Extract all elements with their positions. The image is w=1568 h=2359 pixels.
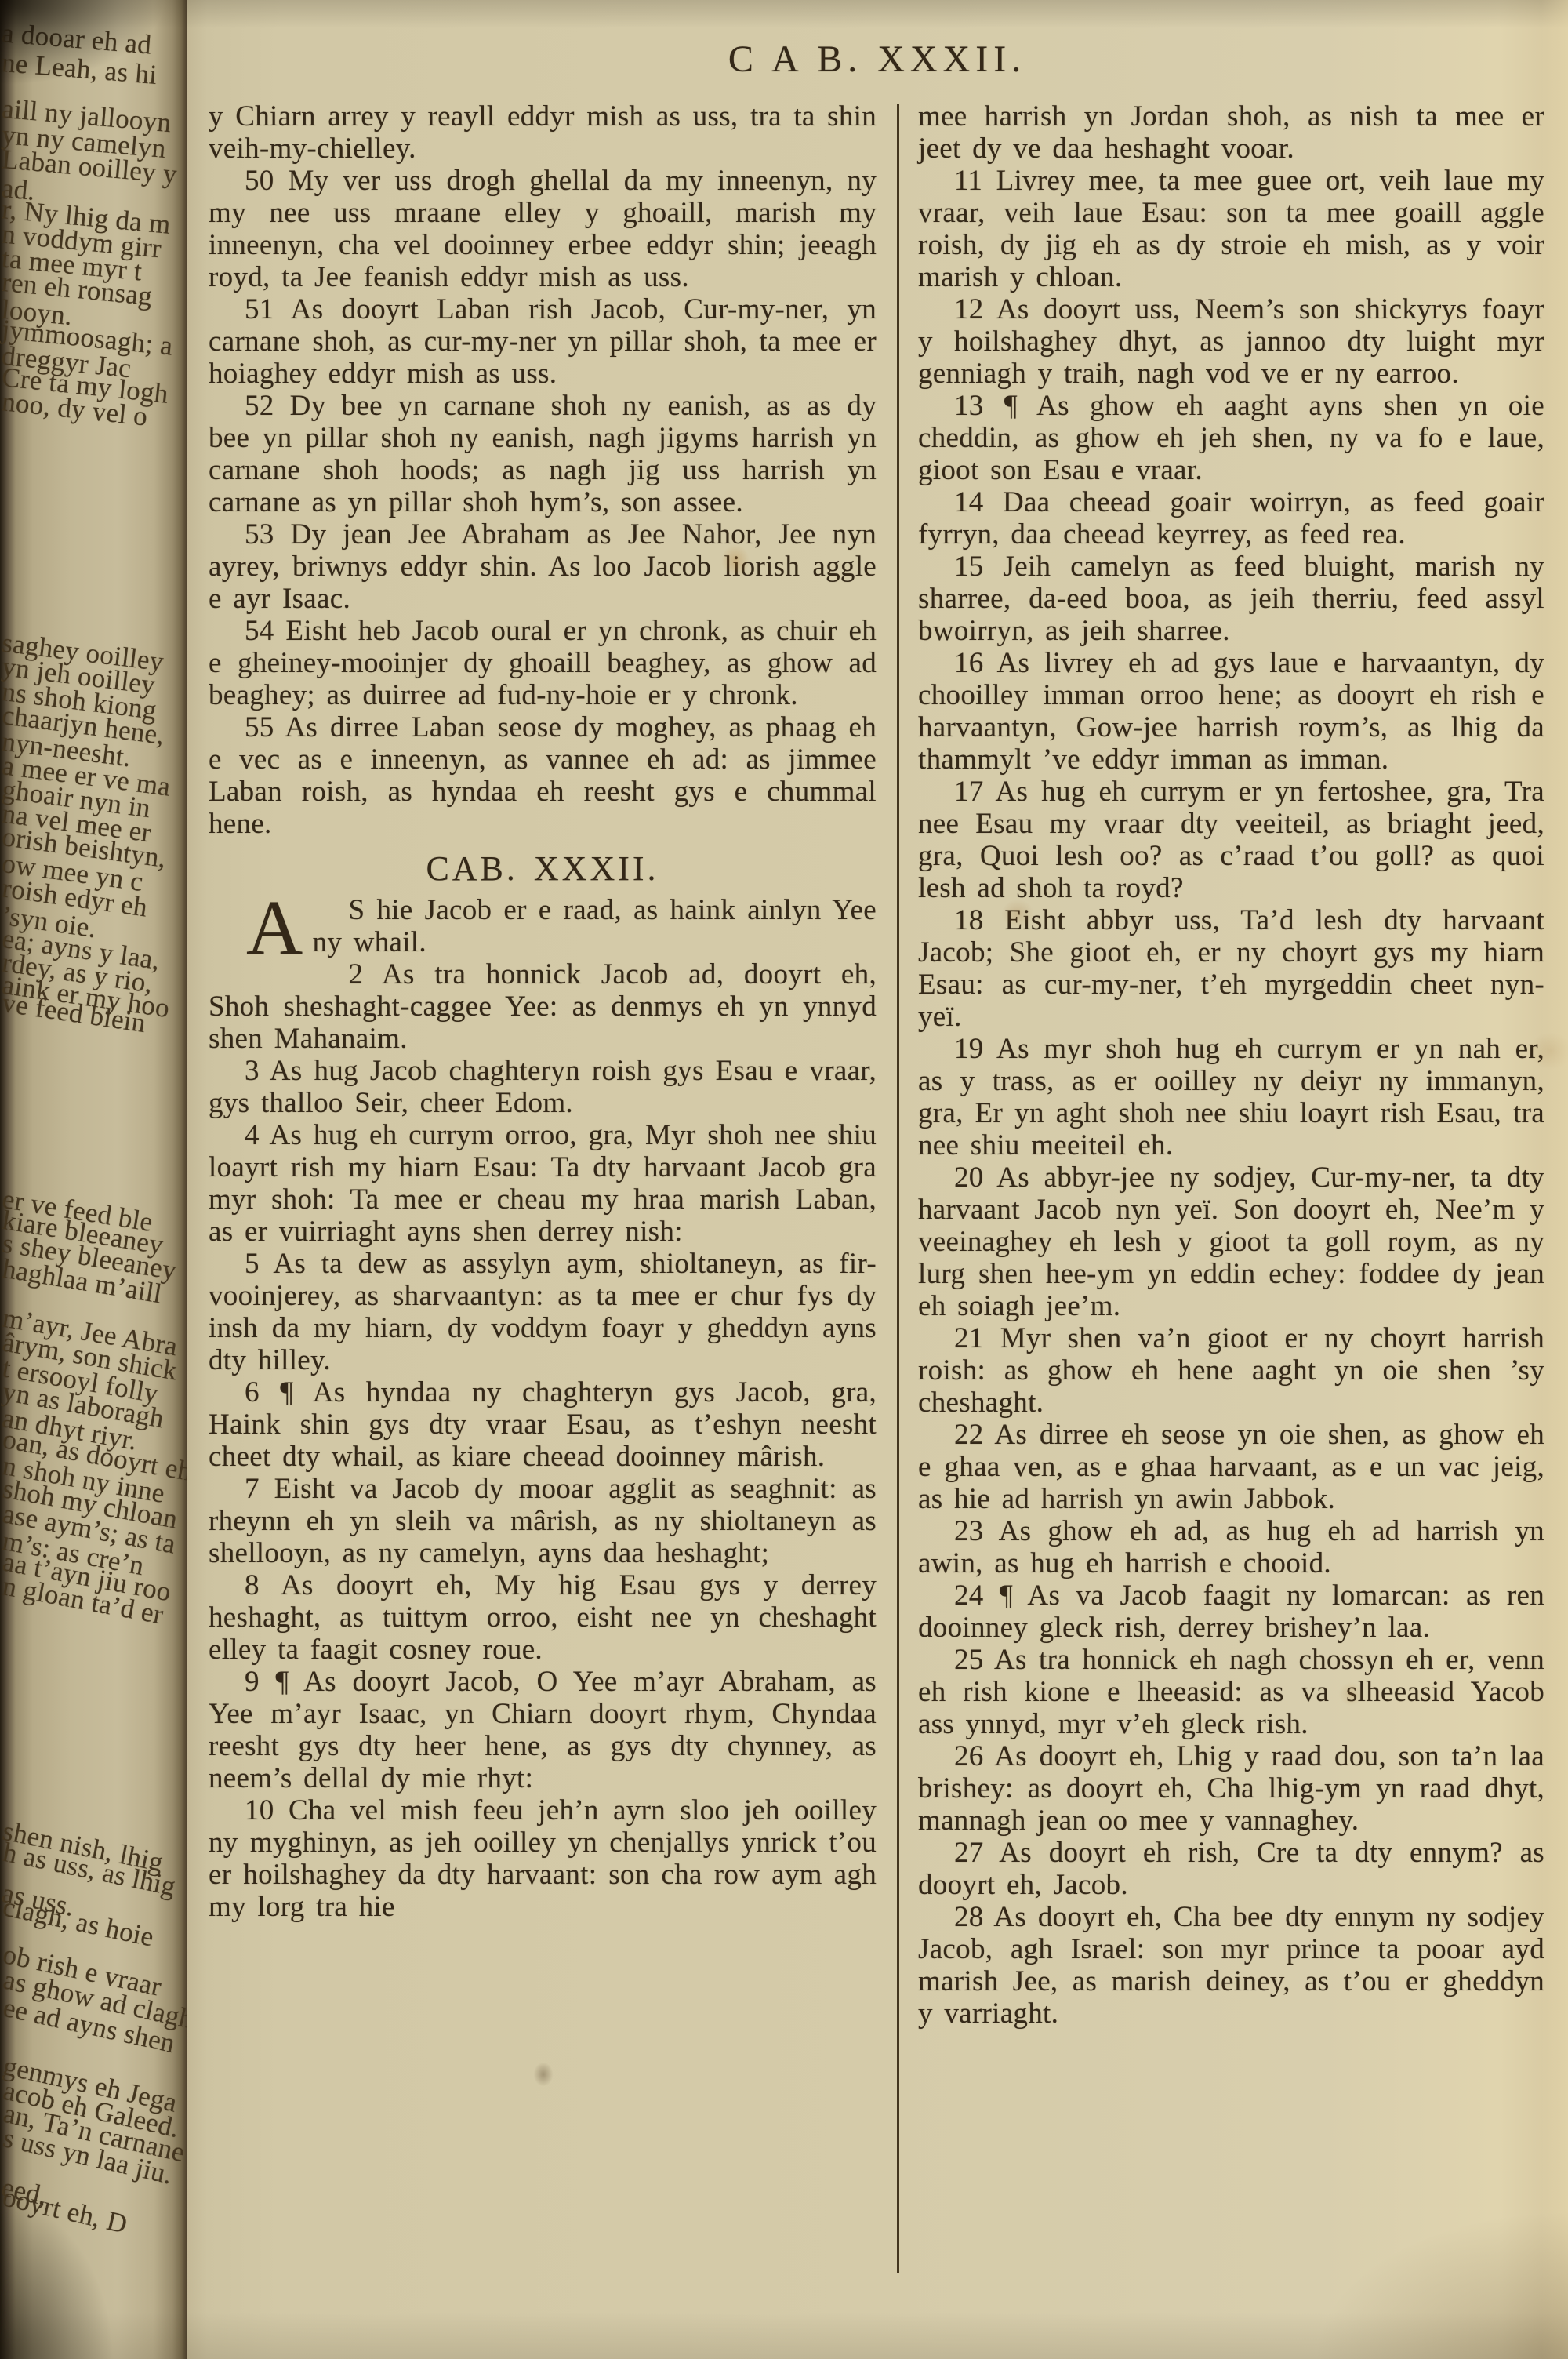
verse-number: 4 [245,1119,260,1151]
verse-8-paragraph: 8 As dooyrt eh, My hig Esau gys y derrey… [209,1569,877,1666]
verse-27-paragraph: 27 As dooyrt eh rish, Cre ta dty ennym? … [918,1837,1544,1901]
verse-number: 27 [954,1837,984,1869]
verse-9-paragraph: 9 ¶ As dooyrt Jacob, O Yee m’ayr Abraham… [209,1666,877,1794]
continuation-paragraph: y Chiarn arrey y reayll eddyr mish as us… [209,100,877,165]
page: C A B. XXXII. y Chiarn arrey y reayll ed… [187,0,1568,2359]
verse-number: 2 [349,958,364,990]
verse-number: 51 [245,293,274,325]
gutter-text-fragment: ooyrt eh, D [0,2181,130,2240]
verse-15-paragraph: 15 Jeih camelyn as feed bluight, marish … [918,551,1544,647]
verse-number: 20 [954,1161,984,1194]
verse-number: 17 [954,776,984,808]
verse-number: 8 [245,1569,260,1601]
verse-55-paragraph: 55 As dirree Laban seose dy moghey, as p… [209,711,877,840]
verse-number: 23 [954,1515,984,1547]
verse-number: 13 [954,390,984,422]
verse-52-paragraph: 52 Dy bee yn carnane shoh ny eanish, as … [209,390,877,518]
verse-number: 54 [245,615,274,647]
verse-24-paragraph: 24 ¶ As va Jacob faagit ny lomarcan: as … [918,1579,1544,1644]
verse-28-paragraph: 28 As dooyrt eh, Cha bee dty ennym ny so… [918,1901,1544,2030]
continuation-paragraph: mee harrish yn Jordan shoh, as nish ta m… [918,100,1544,165]
verse-number: 12 [954,293,984,325]
verse-number: 11 [954,165,982,197]
verse-number: 19 [954,1033,984,1065]
verse-6-paragraph: 6 ¶ As hyndaa ny chaghteryn gys Jacob, g… [209,1376,877,1473]
verse-54-paragraph: 54 Eisht heb Jacob oural er yn chronk, a… [209,615,877,711]
verse-number: 5 [245,1248,260,1280]
verse-14-paragraph: 14 Daa cheead goair woirryn, as feed goa… [918,486,1544,551]
verse-7-paragraph: 7 Eisht va Jacob dy mooar agglit as seag… [209,1473,877,1569]
verse-18-paragraph: 18 Eisht abbyr uss, Ta’d lesh dty harvaa… [918,904,1544,1033]
verse-number: 24 [954,1579,984,1612]
verse-23-paragraph: 23 As ghow eh ad, as hug eh ad harrish y… [918,1515,1544,1579]
verse-51-paragraph: 51 As dooyrt Laban rish Jacob, Cur-my-ne… [209,293,877,390]
verse-25-paragraph: 25 As tra honnick eh nagh chossyn eh er,… [918,1644,1544,1740]
verse-number: 50 [245,165,274,197]
book-page-photo: { "page": { "running_head": "C A B. XXXI… [0,0,1568,2359]
verse-number: 22 [954,1419,984,1451]
verse-number: 15 [954,551,984,583]
verse-number: 28 [954,1901,984,1933]
verse-number: 18 [954,904,984,936]
verse-13-paragraph: 13 ¶ As ghow eh aaght ayns shen yn oie c… [918,390,1544,486]
verse-1-text: S hie Jacob er e raad, as haink ainlyn Y… [313,894,877,958]
verse-number: 53 [245,518,274,551]
verse-26-paragraph: 26 As dooyrt eh, Lhig y raad dou, son ta… [918,1740,1544,1837]
chapter-heading: CAB. XXXII. [209,852,877,885]
verse-22-paragraph: 22 As dirree eh seose yn oie shen, as gh… [918,1419,1544,1515]
verse-number: 14 [954,486,984,518]
verse-number: 3 [245,1055,260,1087]
column-divider [897,104,899,2273]
text-column-left: y Chiarn arrey y reayll eddyr mish as us… [209,100,877,2296]
drop-cap: A [209,894,313,960]
facing-page-gutter: a dooar eh adne Leah, as hiaill ny jallo… [0,0,187,2359]
text-column-right: mee harrish yn Jordan shoh, as nish ta m… [918,100,1544,2296]
verse-number: 9 [245,1666,260,1698]
verse-3-paragraph: 3 As hug Jacob chaghteryn roish gys Esau… [209,1055,877,1119]
verse-19-paragraph: 19 As myr shoh hug eh currym er yn nah e… [918,1033,1544,1161]
verse-number: 55 [245,711,274,743]
verse-2-paragraph: 2 As tra honnick Jacob ad, dooyrt eh, Sh… [209,958,877,1055]
verse-16-paragraph: 16 As livrey eh ad gys laue e harvaantyn… [918,647,1544,776]
verse-21-paragraph: 21 Myr shen va’n gioot er ny choyrt harr… [918,1322,1544,1419]
verse-number: 7 [245,1473,260,1505]
verse-11-paragraph: 11 Livrey mee, ta mee guee ort, veih lau… [918,165,1544,293]
running-head: C A B. XXXII. [187,38,1568,81]
verse-50-paragraph: 50 My ver uss drogh ghellal da my inneen… [209,165,877,293]
verse-number: 16 [954,647,984,679]
verse-20-paragraph: 20 As abbyr-jee ny sodjey, Cur-my-ner, t… [918,1161,1544,1322]
verse-number: 6 [245,1376,260,1408]
verse-5-paragraph: 5 As ta dew as assylyn aym, shioltaneyn,… [209,1248,877,1376]
verse-number: 52 [245,390,274,422]
text-columns: y Chiarn arrey y reayll eddyr mish as us… [209,100,1544,2296]
verse-17-paragraph: 17 As hug eh currym er yn fertoshee, gra… [918,776,1544,904]
verse-number: 10 [245,1794,274,1826]
verse-number: 26 [954,1740,984,1772]
verse-12-paragraph: 12 As dooyrt uss, Neem’s son shickyrys f… [918,293,1544,390]
verse-4-paragraph: 4 As hug eh currym orroo, gra, Myr shoh … [209,1119,877,1248]
verse-10-paragraph: 10 Cha vel mish feeu jeh’n ayrn sloo jeh… [209,1794,877,1923]
verse-1-paragraph: AS hie Jacob er e raad, as haink ainlyn … [209,894,877,958]
verse-53-paragraph: 53 Dy jean Jee Abraham as Jee Nahor, Jee… [209,518,877,615]
verse-number: 21 [954,1322,984,1354]
verse-number: 25 [954,1644,984,1676]
